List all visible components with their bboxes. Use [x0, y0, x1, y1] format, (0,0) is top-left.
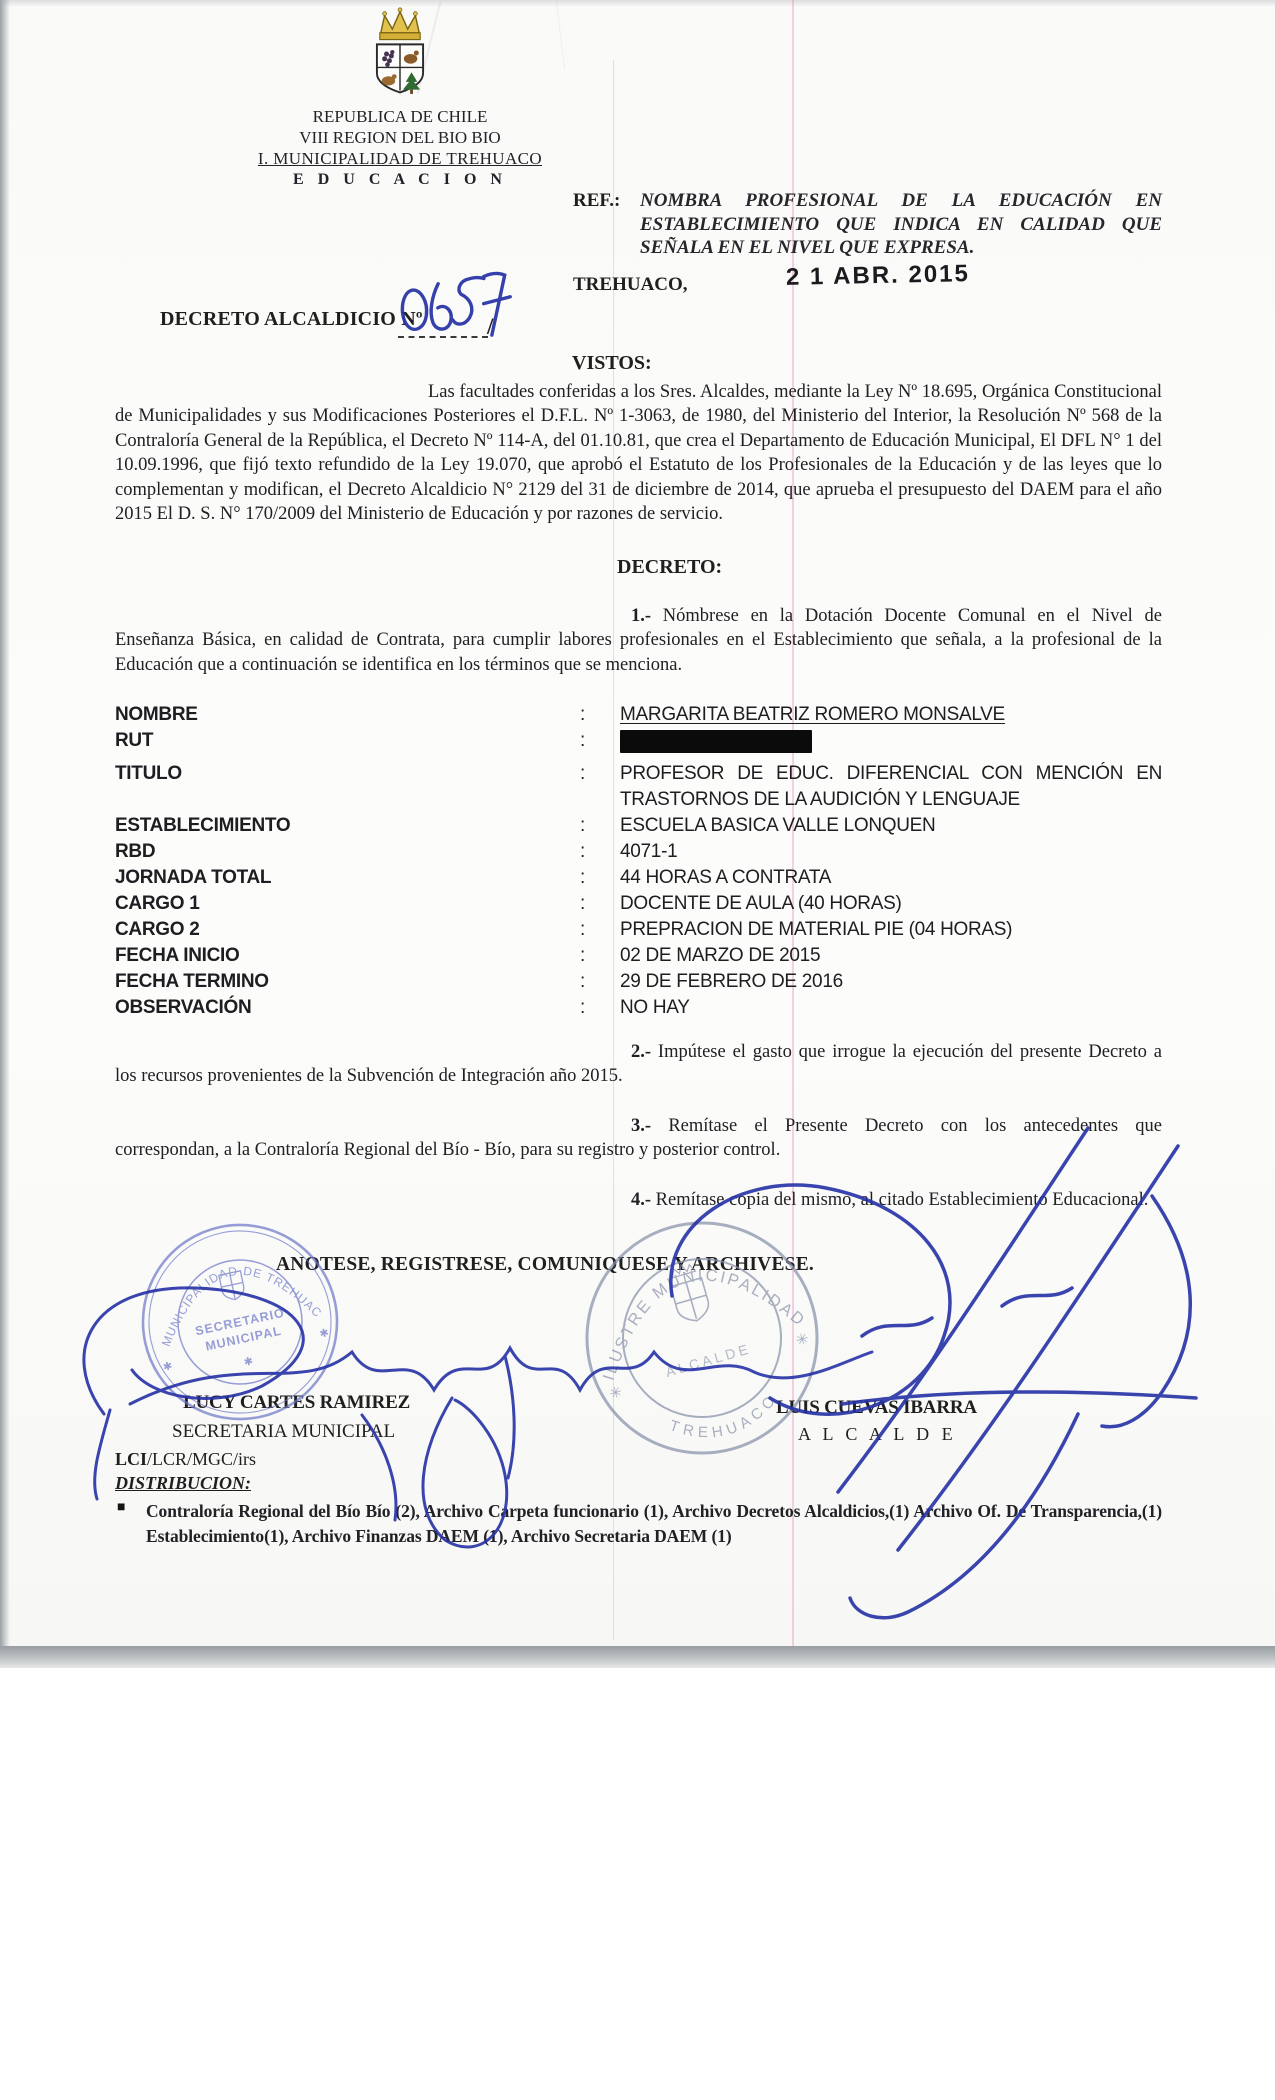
coat-of-arms-icon [354, 4, 446, 104]
distribution-list: Contraloría Regional del Bío Bío (2), Ar… [146, 1499, 1162, 1549]
table-row: FECHA INICIO:02 DE MARZO DE 2015 [115, 943, 1162, 969]
date-stamp: 2 1 ABR. 2015 [786, 260, 970, 292]
closing-formula: ANOTESE, REGISTRESE, COMUNIQUESE Y ARCHI… [276, 1254, 814, 1276]
scan-left-edge [0, 0, 10, 1646]
place-line: TREHUACO, [573, 274, 688, 296]
decree-number-blank-line [398, 336, 488, 338]
article-1: 1.- Nómbrese en la Dotación Docente Comu… [115, 604, 1162, 677]
decreto-heading: DECRETO: [617, 556, 722, 579]
redaction-bar [620, 730, 812, 753]
letterhead: REPUBLICA DE CHILE VIII REGION DEL BIO B… [155, 4, 645, 190]
table-row: CARGO 1:DOCENTE DE AULA (40 HORAS) [115, 891, 1162, 917]
header-country: REPUBLICA DE CHILE [155, 106, 645, 127]
ref-label: REF.: [573, 190, 620, 212]
article-2-number: 2.- [631, 1042, 651, 1062]
table-row: RUT: [115, 728, 1162, 761]
table-row: FECHA TERMINO:29 DE FEBRERO DE 2016 [115, 969, 1162, 995]
responsibility-initials: LCI/LCR/MGC/irs [115, 1449, 256, 1470]
table-row: JORNADA TOTAL:44 HORAS A CONTRATA [115, 865, 1162, 891]
table-row: RBD:4071-1 [115, 839, 1162, 865]
scanned-decree-page: REPUBLICA DE CHILE VIII REGION DEL BIO B… [0, 0, 1275, 2100]
ref-text: NOMBRA PROFESIONAL DE LA EDUCACIÓN EN ES… [640, 189, 1162, 260]
vistos-paragraph: Las facultades conferidas a los Sres. Al… [115, 380, 1162, 526]
table-row: CARGO 2:PREPRACION DE MATERIAL PIE (04 H… [115, 917, 1162, 943]
decree-number-slash: / [487, 314, 493, 340]
bullet-square-icon: ■ [117, 1500, 125, 1516]
secretary-name: LUCY CARTES RAMIREZ [183, 1392, 410, 1414]
appointment-details-table: NOMBRE:MARGARITA BEATRIZ ROMERO MONSALVE… [115, 702, 1162, 1021]
mayor-title: A L C A L D E [798, 1424, 957, 1445]
header-department: E D U C A C I O N [155, 169, 645, 190]
distribution-label: DISTRIBUCION: [115, 1473, 251, 1494]
article-1-number: 1.- [631, 606, 651, 626]
article-2: 2.- Impútese el gasto que irrogue la eje… [115, 1040, 1162, 1089]
secretary-title: SECRETARIA MUNICIPAL [172, 1421, 395, 1443]
vistos-heading: VISTOS: [572, 352, 652, 375]
header-region: VIII REGION DEL BIO BIO [155, 127, 645, 148]
appointee-name: MARGARITA BEATRIZ ROMERO MONSALVE [620, 702, 1162, 728]
article-4: 4.- Remítase copia del mismo, al citado … [115, 1188, 1162, 1212]
table-row: OBSERVACIÓN:NO HAY [115, 995, 1162, 1021]
article-4-number: 4.- [631, 1190, 651, 1210]
article-3-number: 3.- [631, 1116, 651, 1136]
table-row: NOMBRE:MARGARITA BEATRIZ ROMERO MONSALVE [115, 702, 1162, 728]
article-3: 3.- Remítase el Presente Decreto con los… [115, 1114, 1162, 1163]
decree-number-label: DECRETO ALCALDICIO Nº [160, 308, 423, 331]
article-4-text: Remítase copia del mismo, al citado Esta… [656, 1190, 1149, 1210]
table-row: ESTABLECIMIENTO:ESCUELA BASICA VALLE LON… [115, 813, 1162, 839]
header-municipality: I. MUNICIPALIDAD DE TREHUACO [155, 148, 645, 169]
paper-bottom-edge-shadow [0, 1646, 1275, 1668]
table-row: TITULO:PROFESOR DE EDUC. DIFERENCIAL CON… [115, 761, 1162, 813]
mayor-name: LUIS CUEVAS IBARRA [776, 1397, 977, 1419]
